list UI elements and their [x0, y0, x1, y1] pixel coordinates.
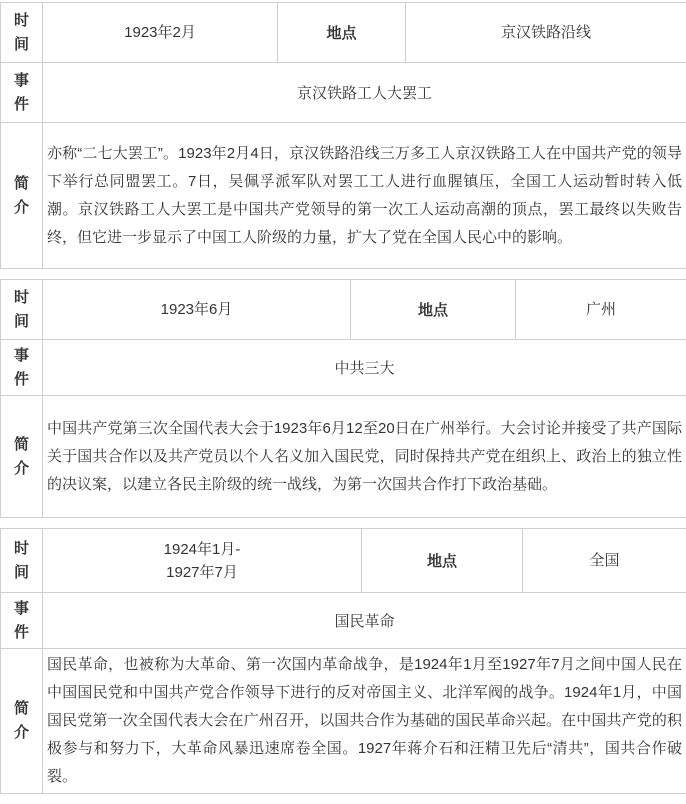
location-label: 地点 [362, 529, 523, 593]
event-label: 事件 [1, 340, 43, 396]
event-table-2: 时间 1923年6月 地点 广州 事件 中共三大 简介 中国共产党第三次全国代表… [0, 279, 686, 518]
table-row: 简介 中国共产党第三次全国代表大会于1923年6月12至20日在广州举行。大会讨… [1, 396, 686, 518]
intro-label-text: 简介 [14, 697, 30, 745]
intro-label-text: 简介 [14, 172, 30, 220]
intro-label: 简介 [1, 123, 43, 269]
intro-label-text: 简介 [14, 433, 30, 481]
event-title: 京汉铁路工人大罢工 [43, 63, 686, 123]
time-label-text: 时间 [14, 286, 30, 334]
time-value: 1924年1月- 1927年7月 [43, 529, 362, 593]
time-label: 时间 [1, 280, 43, 340]
time-label-text: 时间 [14, 537, 30, 585]
time-label-text: 时间 [14, 9, 30, 57]
event-label: 事件 [1, 63, 43, 123]
time-label: 时间 [1, 3, 43, 63]
intro-text: 亦称“二七大罢工”。1923年2月4日，京汉铁路沿线三万多工人京汉铁路工人在中国… [43, 123, 686, 269]
table-row: 时间 1923年6月 地点 广州 [1, 280, 686, 340]
location-label: 地点 [351, 280, 516, 340]
table-row: 简介 国民革命，也被称为大革命、第一次国内革命战争，是1924年1月至1927年… [1, 649, 686, 794]
history-timeline-document: 时间 1923年2月 地点 京汉铁路沿线 事件 京汉铁路工人大罢工 简介 亦称“… [0, 0, 686, 794]
event-label-text: 事件 [14, 69, 30, 117]
time-label: 时间 [1, 529, 43, 593]
table-row: 事件 中共三大 [1, 340, 686, 396]
intro-label: 简介 [1, 396, 43, 518]
table-row: 简介 亦称“二七大罢工”。1923年2月4日，京汉铁路沿线三万多工人京汉铁路工人… [1, 123, 686, 269]
event-label-text: 事件 [14, 597, 30, 645]
location-value: 广州 [516, 280, 686, 340]
event-title: 国民革命 [43, 593, 686, 649]
location-value: 全国 [523, 529, 686, 593]
event-title: 中共三大 [43, 340, 686, 396]
event-label-text: 事件 [14, 344, 30, 392]
table-row: 时间 1924年1月- 1927年7月 地点 全国 [1, 529, 686, 593]
table-row: 时间 1923年2月 地点 京汉铁路沿线 [1, 3, 686, 63]
intro-text: 中国共产党第三次全国代表大会于1923年6月12至20日在广州举行。大会讨论并接… [43, 396, 686, 518]
event-table-3: 时间 1924年1月- 1927年7月 地点 全国 事件 国民革命 简介 国民革… [0, 528, 686, 794]
intro-text: 国民革命，也被称为大革命、第一次国内革命战争，是1924年1月至1927年7月之… [43, 649, 686, 794]
event-table-1: 时间 1923年2月 地点 京汉铁路沿线 事件 京汉铁路工人大罢工 简介 亦称“… [0, 2, 686, 269]
intro-label: 简介 [1, 649, 43, 794]
location-label: 地点 [278, 3, 406, 63]
table-row: 事件 国民革命 [1, 593, 686, 649]
location-value: 京汉铁路沿线 [406, 3, 686, 63]
event-label: 事件 [1, 593, 43, 649]
time-value: 1923年2月 [43, 3, 278, 63]
table-row: 事件 京汉铁路工人大罢工 [1, 63, 686, 123]
time-value: 1923年6月 [43, 280, 351, 340]
